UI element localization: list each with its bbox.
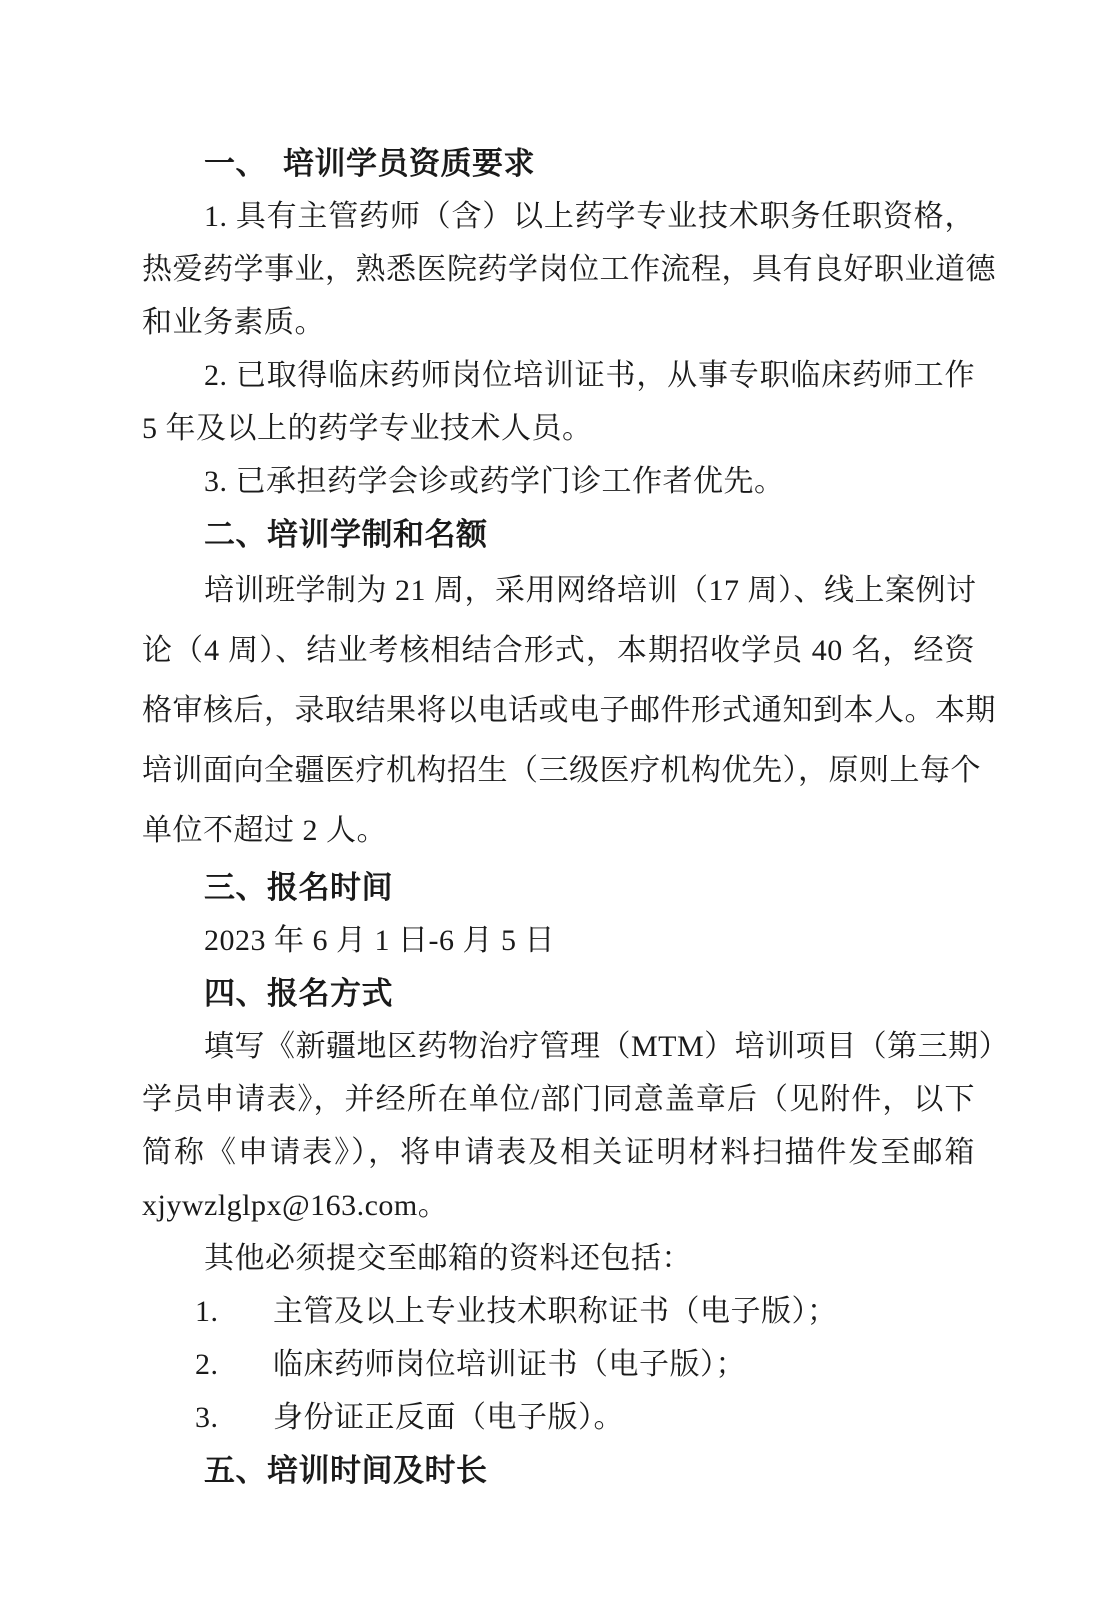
list-item: 1.主管及以上专业技术职称证书（电子版）；	[142, 1285, 975, 1338]
doc-line: 简称《申请表》），将申请表及相关证明材料扫描件发至邮箱	[142, 1126, 975, 1179]
doc-line: 2. 已取得临床药师岗位培训证书，从事专职临床药师工作	[142, 349, 975, 402]
doc-line: 格审核后，录取结果将以电话或电子邮件形式通知到本人。本期	[142, 681, 975, 741]
section-heading: 三、报名时间	[142, 861, 975, 914]
section-heading: 四、报名方式	[142, 967, 975, 1020]
list-item: 2.临床药师岗位培训证书（电子版）；	[142, 1338, 975, 1391]
doc-line: 学员申请表》，并经所在单位/部门同意盖章后（见附件，以下	[142, 1073, 975, 1126]
doc-line: 培训班学制为 21 周，采用网络培训（17 周）、线上案例讨	[142, 561, 975, 621]
doc-line: xjywzlglpx@163.com。	[142, 1179, 975, 1232]
doc-line: 3. 已承担药学会诊或药学门诊工作者优先。	[142, 455, 975, 508]
list-text: 主管及以上专业技术职称证书（电子版）；	[273, 1295, 838, 1328]
doc-line: 和业务素质。	[142, 296, 975, 349]
doc-line: 其他必须提交至邮箱的资料还包括：	[142, 1232, 975, 1285]
section-heading: 二、培训学制和名额	[142, 508, 975, 561]
doc-line: 填写《新疆地区药物治疗管理（MTM）培训项目（第三期）	[142, 1020, 975, 1073]
list-text: 临床药师岗位培训证书（电子版）；	[273, 1348, 746, 1381]
section-heading: 一、 培训学员资质要求	[142, 137, 975, 190]
doc-line: 热爱药学事业，熟悉医院药学岗位工作流程，具有良好职业道德	[142, 243, 975, 296]
doc-line: 单位不超过 2 人。	[142, 801, 975, 861]
list-text: 身份证正反面（电子版）。	[273, 1401, 624, 1434]
doc-line: 2023 年 6 月 1 日-6 月 5 日	[142, 914, 975, 967]
list-number: 2.	[195, 1338, 273, 1391]
section-heading: 五、培训时间及时长	[142, 1444, 975, 1497]
document-body: 一、 培训学员资质要求1. 具有主管药师（含）以上药学专业技术职务任职资格，热爱…	[142, 137, 975, 1497]
list-number: 1.	[195, 1285, 273, 1338]
list-number: 3.	[195, 1391, 273, 1444]
doc-line: 培训面向全疆医疗机构招生（三级医疗机构优先），原则上每个	[142, 741, 975, 801]
document-page: 一、 培训学员资质要求1. 具有主管药师（含）以上药学专业技术职务任职资格，热爱…	[0, 0, 1104, 1600]
doc-line: 5 年及以上的药学专业技术人员。	[142, 402, 975, 455]
doc-line: 1. 具有主管药师（含）以上药学专业技术职务任职资格，	[142, 190, 975, 243]
doc-line: 论（4 周）、结业考核相结合形式，本期招收学员 40 名，经资	[142, 621, 975, 681]
list-item: 3.身份证正反面（电子版）。	[142, 1391, 975, 1444]
